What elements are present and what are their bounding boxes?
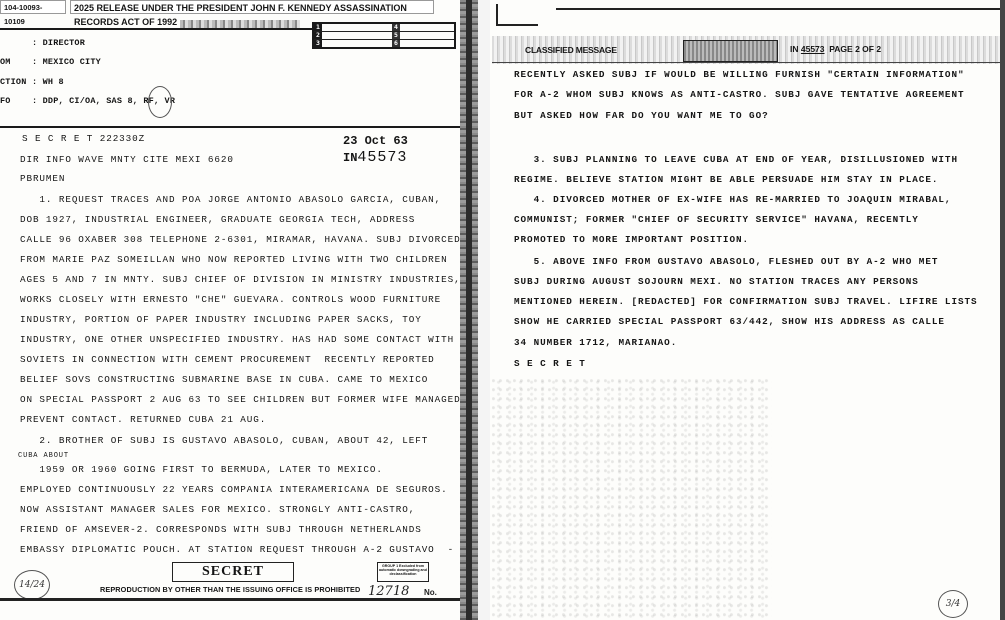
handwritten-circle-mark	[148, 86, 172, 118]
message-line: CUBA ABOUT	[18, 452, 69, 460]
message-line: NOW ASSISTANT MANAGER SALES FOR MEXICO. …	[20, 504, 415, 515]
in-page-label: IN 45573 PAGE 2 OF 2	[790, 44, 881, 54]
message-number: 23 Oct 63 IN45573	[343, 132, 478, 166]
message-line: INDUSTRY, ONE OTHER UNSPECIFIED INDUSTRY…	[20, 334, 454, 345]
group-1-box: GROUP 1 Excluded from automatic downgrad…	[377, 562, 429, 582]
message-line: PREVENT CONTACT. RETURNED CUBA 21 AUG.	[20, 414, 266, 425]
page-2-top-rule	[556, 8, 1000, 10]
message-line: BUT ASKED HOW FAR DO YOU WANT ME TO GO?	[514, 110, 769, 121]
message-line: SOVIETS IN CONNECTION WITH CEMENT PROCUR…	[20, 354, 435, 365]
page-edge-line	[466, 0, 472, 620]
document-page-1: 104-10093-10109 2025 RELEASE UNDER THE P…	[0, 0, 478, 620]
message-line: INDUSTRY, PORTION OF PAPER INDUSTRY INCL…	[20, 314, 422, 325]
message-line: REGIME. BELIEVE STATION MIGHT BE ABLE PE…	[514, 174, 938, 185]
meta-from: OM: MEXICO CITY	[0, 57, 101, 67]
classification-stamp-box	[683, 40, 778, 62]
message-line: 1. REQUEST TRACES AND POA JORGE ANTONIO …	[20, 194, 441, 205]
message-line: 5. ABOVE INFO FROM GUSTAVO ABASOLO, FLES…	[514, 256, 938, 267]
handwritten-page-circle: 14/24	[14, 570, 50, 600]
release-notice-banner: 2025 RELEASE UNDER THE PRESIDENT JOHN F.…	[70, 0, 434, 14]
message-line: FROM MARIE PAZ SOMEILLAN WHO NOW REPORTE…	[20, 254, 448, 265]
message-line: BELIEF SOVS CONSTRUCTING SUBMARINE BASE …	[20, 374, 428, 385]
message-line: SHOW HE CARRIED SPECIAL PASSPORT 63/442,…	[514, 316, 945, 327]
message-line: PROMOTED TO MORE IMPORTANT POSITION.	[514, 234, 749, 245]
body-top-rule	[0, 126, 470, 128]
meta-action: CTION: WH 8	[0, 77, 64, 87]
scan-noise	[492, 378, 772, 618]
message-line: S E C R E T 222330Z	[22, 133, 145, 144]
header-rule	[0, 28, 312, 30]
copy-number: 12718	[368, 584, 409, 599]
message-line: 34 NUMBER 1712, MARIANAO.	[514, 337, 677, 348]
message-line: S E C R E T	[514, 358, 586, 369]
footer-rule	[0, 598, 460, 601]
message-line: 4. DIVORCED MOTHER OF EX-WIFE HAS RE-MAR…	[514, 194, 951, 205]
message-line: WORKS CLOSELY WITH ERNESTO "CHE" GUEVARA…	[20, 294, 441, 305]
page-2-header-rule	[492, 62, 1000, 63]
message-line: EMPLOYED CONTINUOUSLY 22 YEARS COMPANIA …	[20, 484, 448, 495]
handwritten-page-circle-2: 3/4	[938, 590, 968, 618]
message-line: CALLE 96 OXABER 308 TELEPHONE 2-6301, MI…	[20, 234, 461, 245]
message-line: PBRUMEN	[20, 173, 65, 184]
message-line: FOR A-2 WHOM SUBJ KNOWS AS ANTI-CASTRO. …	[514, 89, 965, 100]
message-line: COMMUNIST; FORMER "CHIEF OF SECURITY SER…	[514, 214, 919, 225]
message-line: 2. BROTHER OF SUBJ IS GUSTAVO ABASOLO, C…	[20, 435, 428, 446]
message-line: AGES 5 AND 7 IN MNTY. SUBJ CHIEF OF DIVI…	[20, 274, 461, 285]
message-line: MENTIONED HEREIN. [REDACTED] FOR CONFIRM…	[514, 296, 978, 307]
message-line: RECENTLY ASKED SUBJ IF WOULD BE WILLING …	[514, 69, 965, 80]
reproduction-notice: REPRODUCTION BY OTHER THAN THE ISSUING O…	[100, 585, 360, 594]
routing-box: 14 25 36	[312, 22, 456, 49]
corner-bracket	[496, 4, 538, 26]
message-line: 3. SUBJ PLANNING TO LEAVE CUBA AT END OF…	[514, 154, 958, 165]
message-line: EMBASSY DIPLOMATIC POUCH. AT STATION REQ…	[20, 544, 454, 555]
classified-message-label: CLASSIFIED MESSAGE	[525, 45, 617, 55]
document-id-label: 104-10093-10109	[0, 0, 66, 14]
message-line: DIR INFO WAVE MNTY CITE MEXI 6620	[20, 154, 234, 165]
meta-to: : DIRECTOR	[0, 38, 85, 48]
message-line: 1959 OR 1960 GOING FIRST TO BERMUDA, LAT…	[20, 464, 383, 475]
message-line: DOB 1927, INDUSTRIAL ENGINEER, GRADUATE …	[20, 214, 415, 225]
page-2-edge	[1000, 0, 1005, 620]
secret-stamp: SECRET	[172, 562, 294, 582]
message-line: SUBJ DURING AUGUST SOJOURN MEXI. NO STAT…	[514, 276, 919, 287]
message-line: ON SPECIAL PASSPORT 2 AUG 63 TO SEE CHIL…	[20, 394, 461, 405]
copy-number-label: No.	[424, 588, 437, 597]
page-gap	[478, 0, 490, 620]
message-line: FRIEND OF AMSEVER-2. CORRESPONDS WITH SU…	[20, 524, 422, 535]
